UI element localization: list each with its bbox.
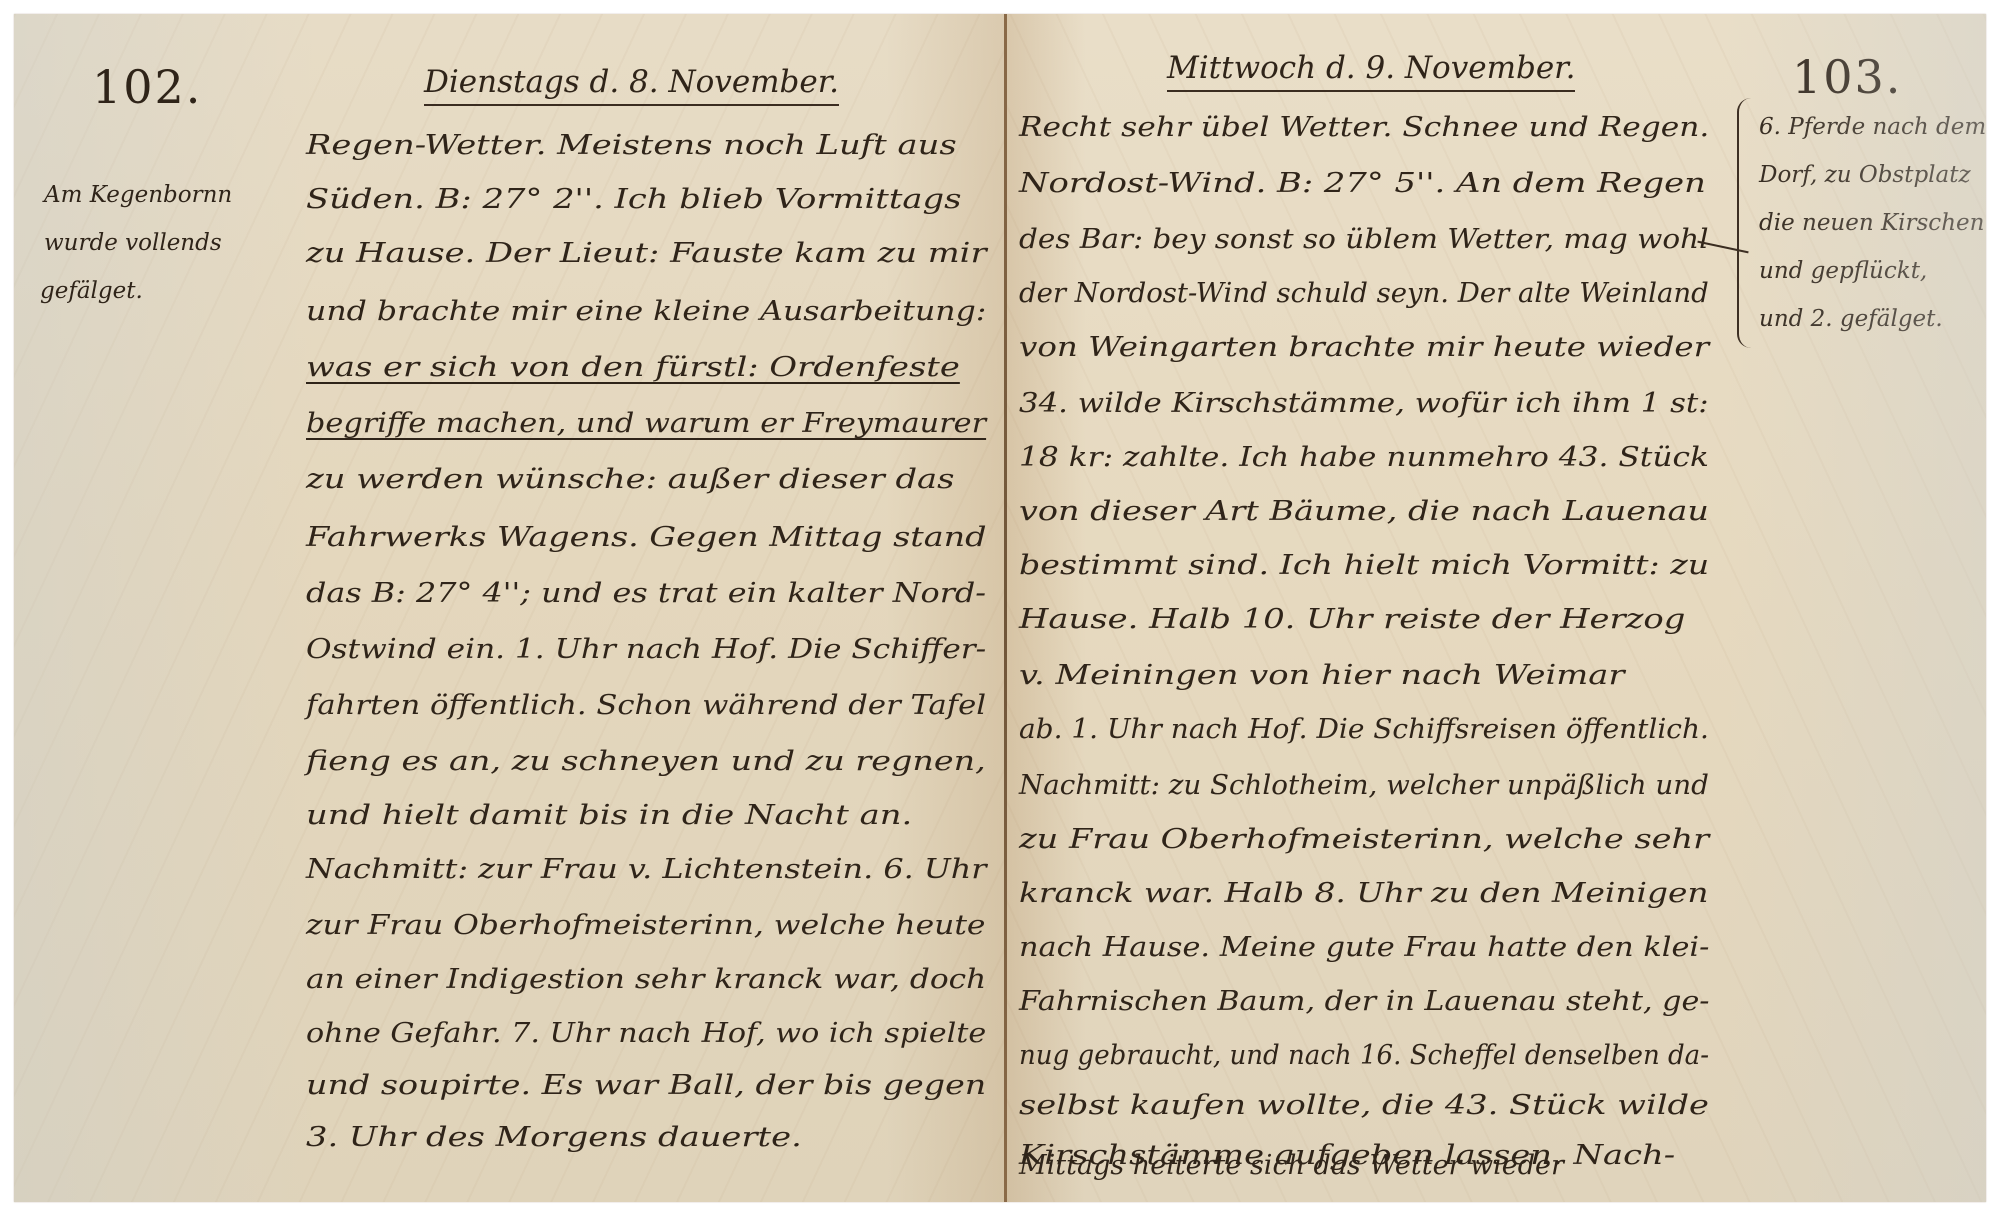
margin-note-right-line: und gepflückt, [1759, 260, 1927, 283]
text-line: 3. Uhr des Morgens dauerte. [306, 1124, 802, 1151]
text-line: fahrten öffentlich. Schon während der Ta… [306, 692, 986, 719]
text-line: zu Frau Oberhofmeisterinn, welche sehr [1019, 826, 1709, 853]
margin-note-left-line: gefälget. [40, 280, 143, 303]
manuscript-spread: 102. Dienstags d. 8. November. Am Kegenb… [14, 14, 1986, 1202]
text-line: nach Hause. Meine gute Frau hatte den kl… [1019, 934, 1709, 961]
text-line: 34. wilde Kirschstämme, wofür ich ihm 1 … [1019, 390, 1709, 417]
right-page: Mittwoch d. 9. November. 103. Recht sehr… [1007, 14, 1986, 1202]
entry-heading-right: Mittwoch d. 9. November. [1167, 50, 1575, 92]
text-line: Hause. Halb 10. Uhr reiste der Herzog [1019, 606, 1685, 633]
text-line: Fahrwerks Wagens. Gegen Mittag stand [306, 524, 987, 551]
text-line: Nordost-Wind. B: 27° 5''. An dem Regen [1019, 170, 1706, 197]
text-line: zu werden wünsche: außer dieser das [306, 466, 954, 493]
text-line: an einer Indigestion sehr kranck war, do… [306, 966, 986, 993]
text-line: zur Frau Oberhofmeisterinn, welche heute [306, 912, 985, 939]
page-number-left: 102. [92, 60, 202, 114]
text-line: Süden. B: 27° 2''. Ich blieb Vormittags [306, 186, 961, 213]
margin-note-right-line: und 2. gefälget. [1759, 308, 1943, 331]
left-page: 102. Dienstags d. 8. November. Am Kegenb… [14, 14, 1005, 1202]
page-number-right: 103. [1792, 50, 1902, 104]
text-line: ohne Gefahr. 7. Uhr nach Hof, wo ich spi… [306, 1020, 986, 1047]
text-line: und brachte mir eine kleine Ausarbeitung… [306, 298, 986, 325]
text-line: von Weingarten brachte mir heute wieder [1019, 334, 1709, 361]
margin-note-right-line: die neuen Kirschen [1759, 212, 1984, 235]
text-line: selbst kaufen wollte, die 43. Stück wild… [1019, 1092, 1709, 1119]
text-line: fieng es an, zu schneyen und zu regnen, [306, 748, 986, 775]
text-line: zu Hause. Der Lieut: Fauste kam zu mir [306, 240, 987, 267]
text-line: Ostwind ein. 1. Uhr nach Hof. Die Schiff… [306, 636, 986, 663]
text-line: ab. 1. Uhr nach Hof. Die Schiffsreisen ö… [1019, 716, 1709, 743]
margin-note-left-line: wurde vollends [44, 232, 222, 255]
text-line: Recht sehr übel Wetter. Schnee und Regen… [1019, 114, 1709, 141]
text-line: und hielt damit bis in die Nacht an. [306, 802, 912, 829]
text-line: kranck war. Halb 8. Uhr zu den Meinigen [1019, 880, 1709, 907]
text-line: Nachmitt: zu Schlotheim, welcher unpäßli… [1019, 772, 1709, 799]
text-line-underlined: was er sich von den fürstl: Ordenfeste [306, 354, 960, 381]
text-line: Regen-Wetter. Meistens noch Luft aus [306, 132, 957, 159]
margin-bracket [1737, 98, 1753, 348]
text-line: und soupirte. Es war Ball, der bis gegen [306, 1072, 986, 1099]
text-line: das B: 27° 4''; und es trat ein kalter N… [306, 580, 986, 607]
text-line: Nachmitt: zur Frau v. Lichtenstein. 6. U… [306, 856, 987, 883]
text-line: v. Meiningen von hier nach Weimar [1019, 662, 1625, 689]
text-line: nug gebraucht, und nach 16. Scheffel den… [1019, 1042, 1709, 1069]
text-line: Fahrnischen Baum, der in Lauenau steht, … [1019, 988, 1709, 1015]
text-line-underlined: begriffe machen, und warum er Freymaurer [306, 410, 986, 437]
text-line: von dieser Art Bäume, die nach Lauenau [1019, 498, 1709, 525]
text-line: Mittags heiterte sich das Wetter wieder [1019, 1152, 1564, 1179]
text-line: bestimmt sind. Ich hielt mich Vormitt: z… [1019, 552, 1709, 579]
margin-note-right-line: 6. Pferde nach dem [1759, 116, 1986, 139]
text-line: 18 kr: zahlte. Ich habe nunmehro 43. Stü… [1019, 444, 1709, 471]
margin-note-right-line: Dorf, zu Obstplatz [1759, 164, 1971, 187]
entry-heading-left: Dienstags d. 8. November. [424, 64, 839, 106]
text-line: des Bar: bey sonst so üblem Wetter, mag … [1019, 226, 1709, 253]
text-line: der Nordost-Wind schuld seyn. Der alte W… [1019, 280, 1709, 307]
margin-note-left-line: Am Kegenbornn [44, 184, 232, 207]
